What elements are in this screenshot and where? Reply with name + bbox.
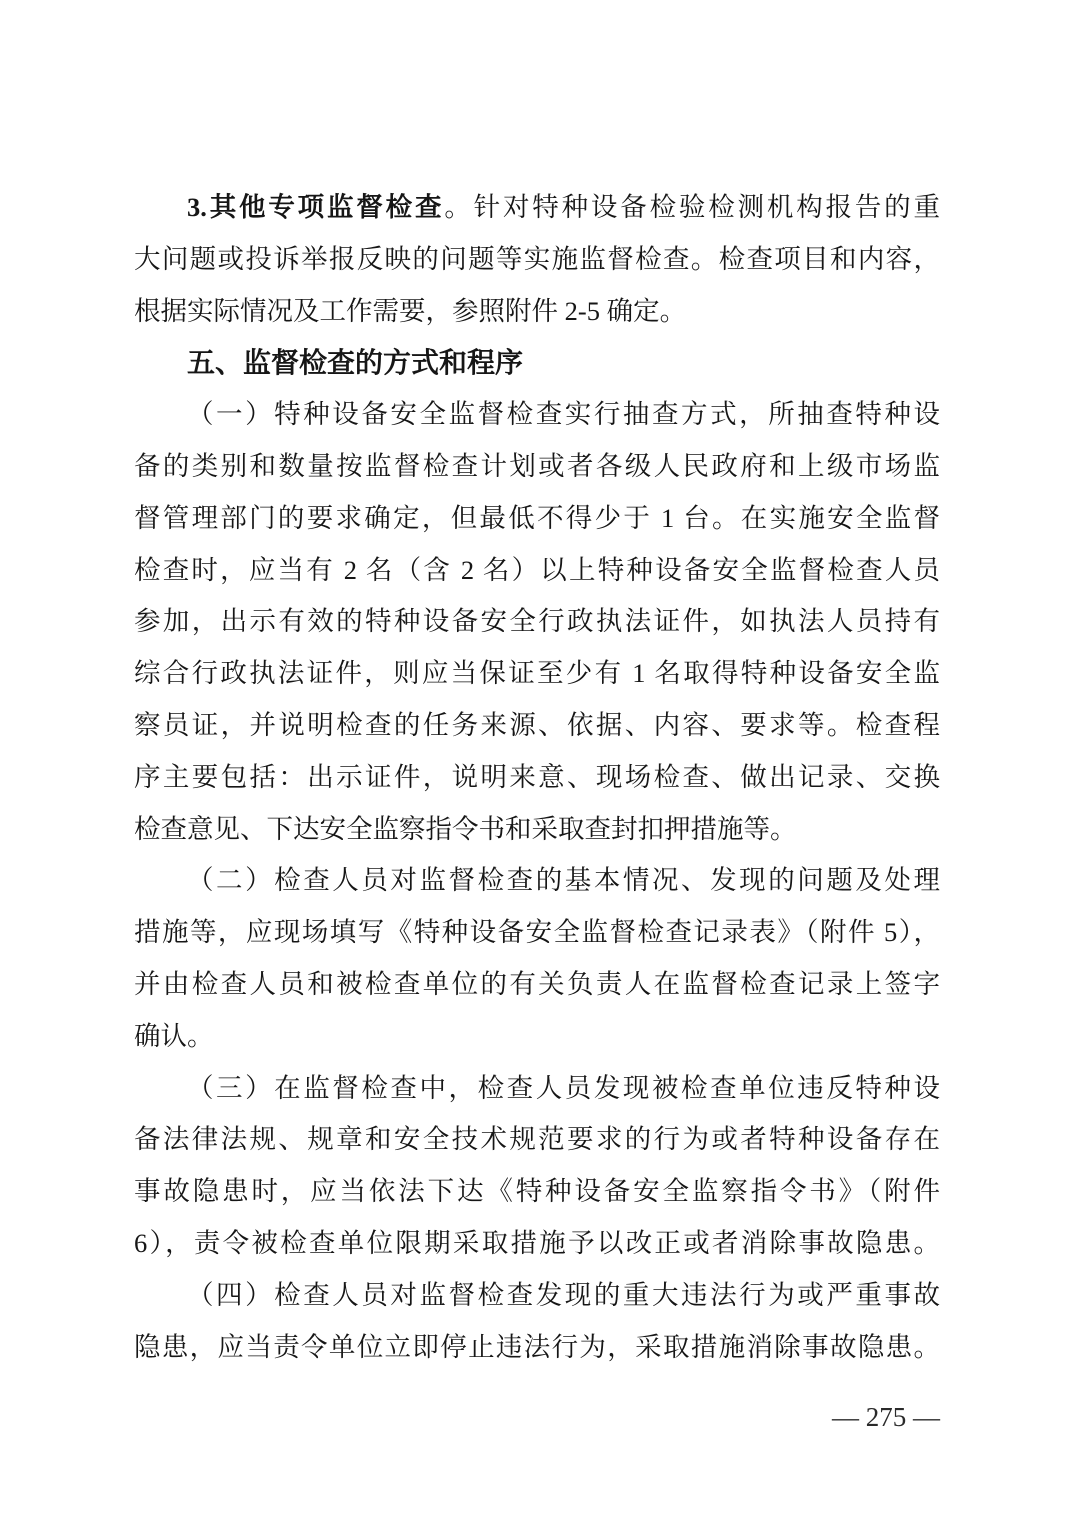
text-line: 事故隐患时，应当依法下达《特种设备安全监察指令书》（附件 (134, 1166, 940, 1218)
text-block: 3.其他专项监督检查。针对特种设备检验检测机构报告的重 大问题或投诉举报反映的问… (134, 182, 940, 1373)
section-heading: 五、监督检查的方式和程序 (134, 337, 940, 389)
text-line: 综合行政执法证件，则应当保证至少有 1 名取得特种设备安全监 (134, 648, 940, 700)
text-line: 督管理部门的要求确定，但最低不得少于 1 台。在实施安全监督 (134, 493, 940, 545)
text-line: 检查意见、下达安全监察指令书和采取查封扣押措施等。 (134, 804, 940, 856)
document-page: 3.其他专项监督检查。针对特种设备检验检测机构报告的重 大问题或投诉举报反映的问… (0, 0, 1074, 1520)
text-line: 察员证，并说明检查的任务来源、依据、内容、要求等。检查程 (134, 700, 940, 752)
text-line: 大问题或投诉举报反映的问题等实施监督检查。检查项目和内容， (134, 234, 940, 286)
text-line: 3.其他专项监督检查。针对特种设备检验检测机构报告的重 (134, 182, 940, 234)
text-line: 确认。 (134, 1011, 940, 1063)
text-line: （三）在监督检查中，检查人员发现被检查单位违反特种设 (134, 1063, 940, 1115)
text-line: （二）检查人员对监督检查的基本情况、发现的问题及处理 (134, 855, 940, 907)
text-line: 备的类别和数量按监督检查计划或者各级人民政府和上级市场监 (134, 441, 940, 493)
text-line: （四）检查人员对监督检查发现的重大违法行为或严重事故 (134, 1270, 940, 1322)
text-line: 隐患，应当责令单位立即停止违法行为，采取措施消除事故隐患。 (134, 1322, 940, 1374)
text-line: （一）特种设备安全监督检查实行抽查方式，所抽查特种设 (134, 389, 940, 441)
text-line: 检查时，应当有 2 名（含 2 名）以上特种设备安全监督检查人员 (134, 545, 940, 597)
text-line: 并由检查人员和被检查单位的有关负责人在监督检查记录上签字 (134, 959, 940, 1011)
text-line: 参加，出示有效的特种设备安全行政执法证件，如执法人员持有 (134, 596, 940, 648)
text-line: 6），责令被检查单位限期采取措施予以改正或者消除事故隐患。 (134, 1218, 940, 1270)
run-in-bold-lead: 3.其他专项监督检查 (187, 192, 444, 222)
text-line: 备法律法规、规章和安全技术规范要求的行为或者特种设备存在 (134, 1114, 940, 1166)
text-run: 。针对特种设备检验检测机构报告的重 (444, 192, 940, 222)
text-line: 序主要包括：出示证件，说明来意、现场检查、做出记录、交换 (134, 752, 940, 804)
text-line: 措施等，应现场填写《特种设备安全监督检查记录表》（附件 5）， (134, 907, 940, 959)
text-line: 根据实际情况及工作需要，参照附件 2-5 确定。 (134, 286, 940, 338)
page-number: — 275 — (134, 1400, 940, 1434)
